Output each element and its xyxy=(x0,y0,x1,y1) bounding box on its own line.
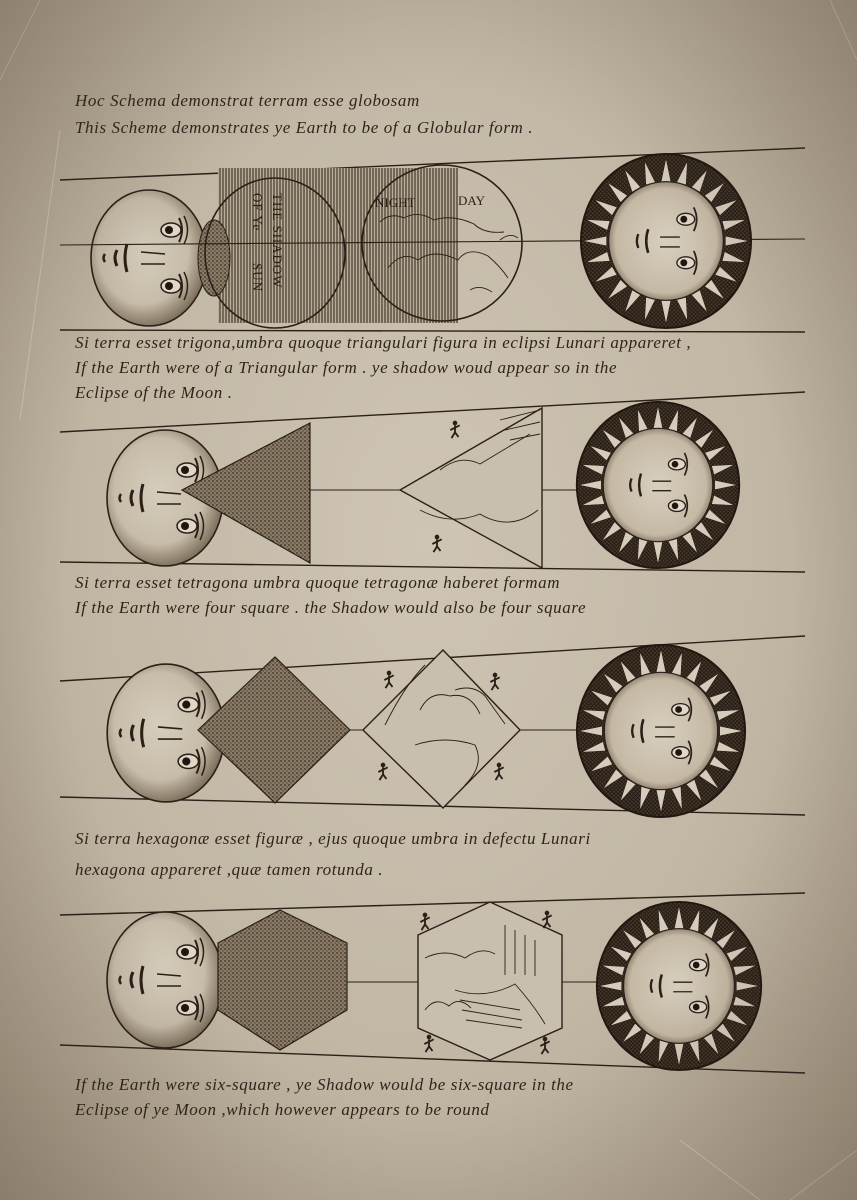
title-latin: Hoc Schema demonstrat terram esse globos… xyxy=(75,88,533,113)
caption-latin: Si terra esset tetragona umbra quoque te… xyxy=(75,570,586,595)
caption-english-cont: Eclipse of ye Moon ,which however appear… xyxy=(75,1097,574,1122)
caption-latin: Si terra hexagonæ esset figuræ , ejus qu… xyxy=(75,826,591,851)
shadow-band xyxy=(218,168,458,323)
lower-boundary-line xyxy=(60,1045,805,1073)
earth-landscape xyxy=(425,925,545,1028)
upper-boundary-line xyxy=(60,148,805,180)
figure-icon xyxy=(432,535,441,553)
figure-icon xyxy=(494,763,503,781)
figure-icon xyxy=(424,1035,433,1053)
row-globular: NIGHT DAY THE SHADOW OF Ye SUN xyxy=(60,148,805,332)
triangle-shadow xyxy=(182,423,310,563)
earth-landscape xyxy=(420,410,540,522)
caption-english: If the Earth were six-square , ye Shadow… xyxy=(75,1072,574,1097)
row-triangle xyxy=(60,392,805,572)
figure-icon xyxy=(542,911,551,929)
caption-english: If the Earth were of a Triangular form .… xyxy=(75,355,691,380)
caption-english: If the Earth were four square . the Shad… xyxy=(75,595,586,620)
title-english: This Scheme demonstrates ye Earth to be … xyxy=(75,115,533,140)
caption-triangle: Si terra esset trigona,umbra quoque tria… xyxy=(75,330,691,405)
eclipse-overlap xyxy=(198,220,230,296)
figure-icon xyxy=(384,671,393,689)
title-block: Hoc Schema demonstrat terram esse globos… xyxy=(75,88,533,140)
sun-face-icon xyxy=(577,402,739,568)
hexagon-earth xyxy=(418,902,562,1060)
moon-face-icon xyxy=(107,912,223,1048)
caption-hexagon: Si terra hexagonæ esset figuræ , ejus qu… xyxy=(75,826,591,882)
hexagon-shadow xyxy=(218,910,347,1050)
caption-english-cont: Eclipse of the Moon . xyxy=(75,380,691,405)
caption-latin-cont: hexagona appareret ,quæ tamen rotunda . xyxy=(75,857,591,882)
shadow-label-3: SUN xyxy=(250,263,265,292)
caption-latin: Si terra esset trigona,umbra quoque tria… xyxy=(75,330,691,355)
row-hexagon xyxy=(60,893,805,1073)
axis-line xyxy=(60,239,805,245)
sun-face-icon xyxy=(577,645,745,817)
figure-icon xyxy=(450,421,459,439)
caption-square: Si terra esset tetragona umbra quoque te… xyxy=(75,570,586,620)
sun-face-icon xyxy=(581,154,751,328)
earth-landscape xyxy=(385,665,505,785)
figure-icon xyxy=(378,763,387,781)
sun-face-icon xyxy=(597,902,761,1070)
caption-footer: If the Earth were six-square , ye Shadow… xyxy=(75,1072,574,1122)
moon-face-icon xyxy=(107,430,223,566)
earth-coastlines xyxy=(380,214,518,292)
shadow-text-group: THE SHADOW OF Ye SUN xyxy=(250,193,285,292)
earth-globe xyxy=(362,165,522,321)
shadow-label-2: OF Ye xyxy=(250,193,265,231)
diamond-shadow xyxy=(198,657,350,803)
night-label: NIGHT xyxy=(375,195,415,210)
upper-boundary-line xyxy=(60,893,805,915)
row-square xyxy=(60,636,805,817)
day-label: DAY xyxy=(458,193,486,208)
moon-face-icon xyxy=(91,190,207,326)
lower-boundary-line xyxy=(60,797,805,815)
diamond-earth xyxy=(363,650,520,808)
triangle-earth xyxy=(400,408,542,568)
shadow-label-1: THE SHADOW xyxy=(270,193,285,289)
figure-icon xyxy=(540,1037,549,1055)
shadow-circle xyxy=(205,178,345,328)
figure-icon xyxy=(490,673,499,691)
moon-face-icon xyxy=(107,664,225,802)
figure-icon xyxy=(420,913,429,931)
upper-boundary-line xyxy=(60,636,805,681)
